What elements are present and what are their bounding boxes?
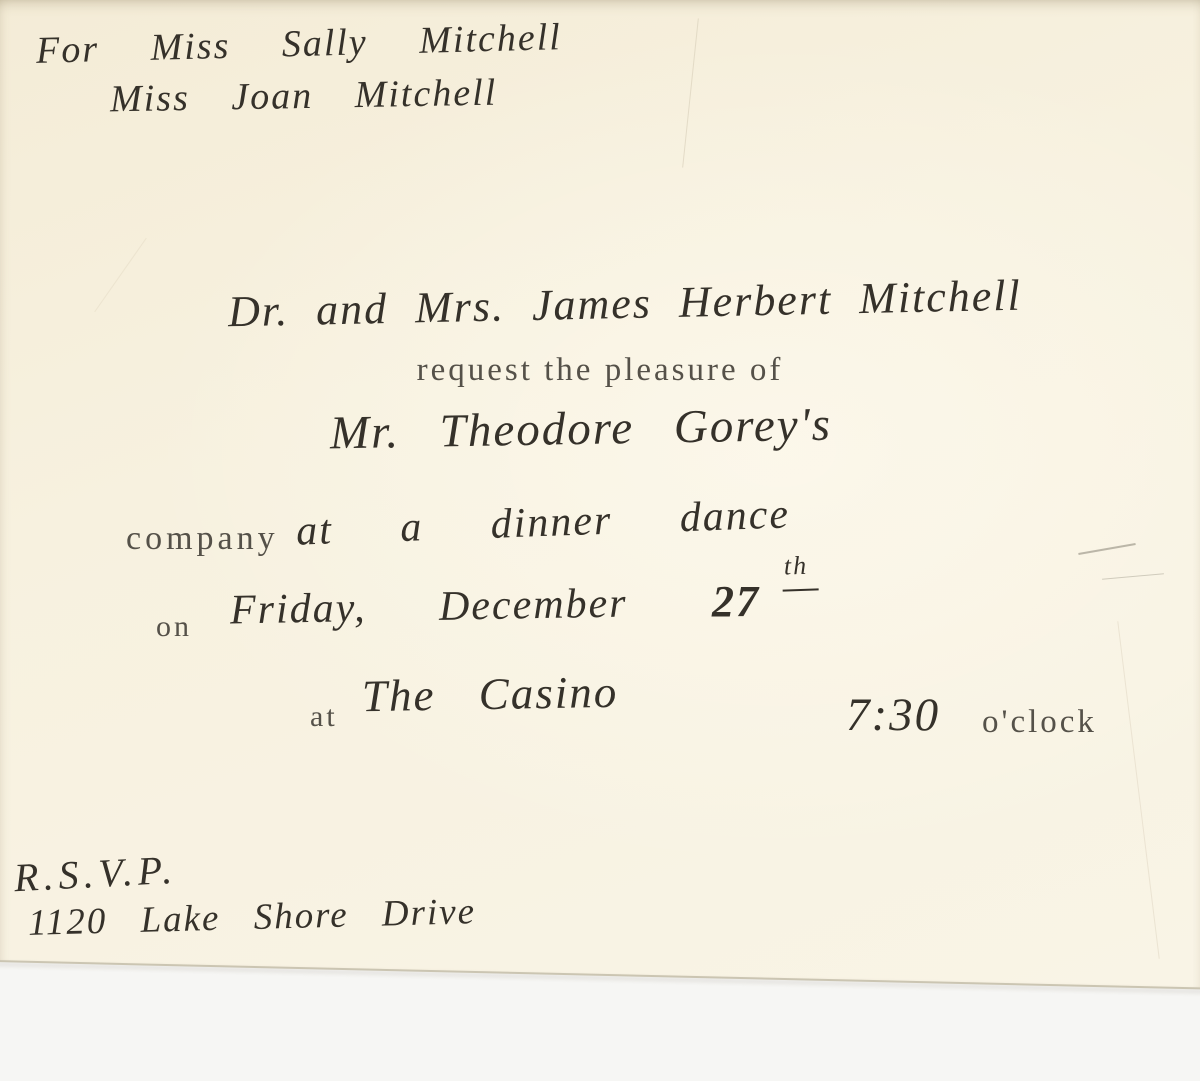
pencil-smudge-mark xyxy=(1078,543,1135,555)
venue-name: The Casino xyxy=(362,668,619,722)
event-date-day: 27 xyxy=(712,578,760,626)
inscription-line-2: Miss Joan Mitchell xyxy=(110,73,498,122)
event-date-ordinal: th xyxy=(781,551,819,591)
request-pleasure-line: request the pleasure of xyxy=(0,352,1200,388)
invitation-card: For Miss Sally Mitchell Miss Joan Mitche… xyxy=(0,0,1200,1000)
event-time: 7:30 xyxy=(846,690,940,742)
event-description: at a dinner dance xyxy=(295,491,790,554)
company-printed-word: company xyxy=(126,520,279,557)
event-date: Friday, December xyxy=(230,581,628,634)
inscription-line-1: For Miss Sally Mitchell xyxy=(36,17,563,73)
oclock-printed-word: o'clock xyxy=(982,704,1097,740)
scanned-invitation: For Miss Sally Mitchell Miss Joan Mitche… xyxy=(0,0,1200,1081)
paper-crease-mark xyxy=(682,18,699,167)
on-printed-word: on xyxy=(156,610,192,643)
paper-crease-mark xyxy=(1117,621,1159,959)
rsvp-address: 1120 Lake Shore Drive xyxy=(28,892,477,944)
rsvp-label: R.S.V.P. xyxy=(13,848,178,900)
at-printed-word: at xyxy=(310,700,338,733)
host-names-line: Dr. and Mrs. James Herbert Mitchell xyxy=(228,272,1023,337)
pencil-smudge-mark xyxy=(1102,573,1164,579)
paper-crease-mark xyxy=(94,238,146,312)
guest-name-line: Mr. Theodore Gorey's xyxy=(330,400,833,460)
